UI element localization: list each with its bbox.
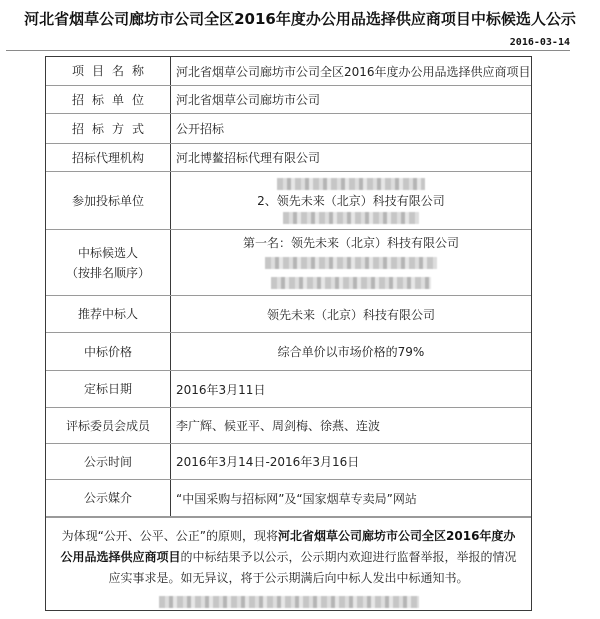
table-row-committee: 评标委员会成员 李广辉、候亚平、周剑梅、徐燕、连波 [46, 408, 531, 444]
table-row-award-date: 定标日期 2016年3月11日 [46, 371, 531, 408]
redacted-text [265, 257, 437, 269]
row-value: 综合单价以市场价格的79% [171, 333, 531, 370]
candidate-list: 第一名：领先未来（北京）科技有限公司 [171, 230, 531, 295]
table-row-tender-method: 招标方式 公开招标 [46, 114, 531, 144]
row-label: 公示时间 [46, 444, 171, 479]
table-row-media: 公示媒介 “中国采购与招标网”及“国家烟草专卖局”网站 [46, 480, 531, 517]
row-label: 评标委员会成员 [46, 408, 171, 443]
row-label: 中标候选人 （按排名顺序） [46, 230, 171, 295]
table-row-publicity-period: 公示时间 2016年3月14日-2016年3月16日 [46, 444, 531, 480]
table-row-bidders: 参加投标单位 2、领先未来（北京）科技有限公司 [46, 172, 531, 230]
table-row-price: 中标价格 综合单价以市场价格的79% [46, 333, 531, 371]
row-value: 河北博鳌招标代理有限公司 [171, 144, 531, 171]
bidder-item: 2、领先未来（北京）科技有限公司 [257, 192, 445, 210]
redacted-contact [159, 596, 419, 608]
candidate-item: 第一名：领先未来（北京）科技有限公司 [243, 233, 459, 253]
row-label: 招标代理机构 [46, 144, 171, 171]
row-label: 招标单位 [46, 86, 171, 113]
row-value: 李广辉、候亚平、周剑梅、徐燕、连波 [171, 408, 531, 443]
row-value: “中国采购与招标网”及“国家烟草专卖局”网站 [171, 480, 531, 516]
remark-row: 为体现“公开、公平、公正”的原则，现将河北省烟草公司廊坊市公司全区2016年度办… [46, 517, 531, 610]
remark-text: 为体现“公开、公平、公正”的原则，现将河北省烟草公司廊坊市公司全区2016年度办… [46, 518, 531, 610]
row-label: 项目名称 [46, 57, 171, 85]
table-row-tenderer: 招标单位 河北省烟草公司廊坊市公司 [46, 86, 531, 114]
page-title: 河北省烟草公司廊坊市公司全区2016年度办公用品选择供应商项目中标候选人公示 [0, 8, 600, 29]
row-value: 领先未来（北京）科技有限公司 [171, 296, 531, 332]
row-value: 河北省烟草公司廊坊市公司 [171, 86, 531, 113]
row-value: 2016年3月11日 [171, 371, 531, 407]
row-label: 推荐中标人 [46, 296, 171, 332]
row-value: 公开招标 [171, 114, 531, 143]
redacted-text [271, 277, 431, 289]
table-row-recommended: 推荐中标人 领先未来（北京）科技有限公司 [46, 296, 531, 333]
table-row-project-name: 项目名称 河北省烟草公司廊坊市公司全区2016年度办公用品选择供应商项目 [46, 57, 531, 86]
publish-date: 2016-03-14 [510, 37, 570, 48]
row-label: 定标日期 [46, 371, 171, 407]
row-label: 参加投标单位 [46, 172, 171, 229]
bidder-list: 2、领先未来（北京）科技有限公司 [171, 172, 531, 229]
row-label: 中标价格 [46, 333, 171, 370]
redacted-text [283, 212, 419, 224]
row-value: 2016年3月14日-2016年3月16日 [171, 444, 531, 479]
announcement-table: 项目名称 河北省烟草公司廊坊市公司全区2016年度办公用品选择供应商项目 招标单… [45, 56, 532, 611]
header-divider [6, 50, 570, 51]
row-value: 河北省烟草公司廊坊市公司全区2016年度办公用品选择供应商项目 [171, 57, 531, 85]
row-label: 招标方式 [46, 114, 171, 143]
row-label: 公示媒介 [46, 480, 171, 516]
table-row-candidates: 中标候选人 （按排名顺序） 第一名：领先未来（北京）科技有限公司 [46, 230, 531, 296]
table-row-agency: 招标代理机构 河北博鳌招标代理有限公司 [46, 144, 531, 172]
redacted-text [277, 178, 425, 190]
